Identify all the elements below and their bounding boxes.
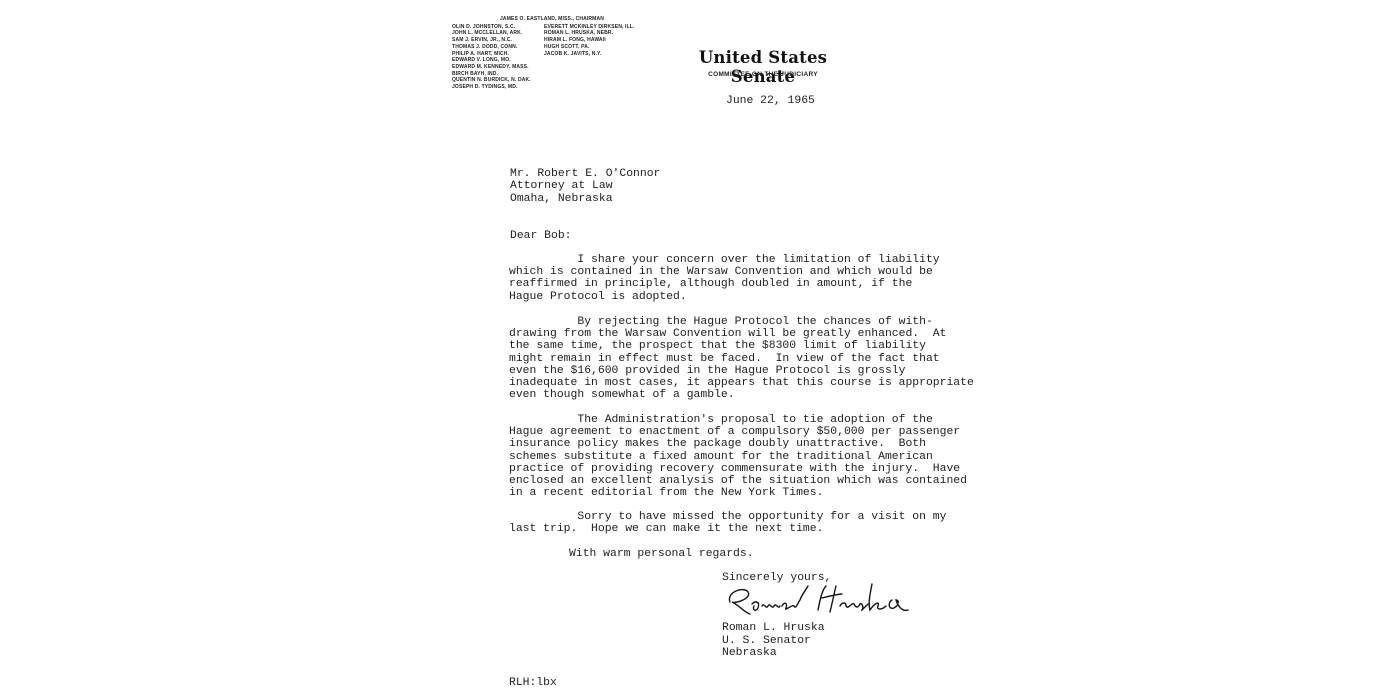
member: EDWARD V. LONG, MO. — [452, 57, 544, 64]
member: JACOB K. JAVITS, N.Y. — [544, 51, 652, 58]
recipient-address: Mr. Robert E. O'Connor Attorney at Law O… — [510, 168, 660, 205]
paragraph-1: I share your concern over the limitation… — [509, 254, 940, 303]
members-left-column: OLIN D. JOHNSTON, S.C. JOHN L. MCCLELLAN… — [452, 24, 544, 91]
paragraph-4: Sorry to have missed the opportunity for… — [509, 511, 946, 535]
member: BIRCH BAYH, IND. — [452, 71, 544, 78]
member: JOHN L. MCCLELLAN, ARK. — [452, 30, 544, 37]
paragraph-2: By rejecting the Hague Protocol the chan… — [509, 316, 974, 401]
member: THOMAS J. DODD, CONN. — [452, 44, 544, 51]
signer-block: Roman L. Hruska U. S. Senator Nebraska — [722, 622, 825, 660]
letter-page: JAMES O. EASTLAND, MISS., CHAIRMAN OLIN … — [0, 0, 1400, 700]
member: HUGH SCOTT, PA. — [544, 44, 652, 51]
member: HIRAM L. FONG, HAWAII — [544, 37, 652, 44]
paragraph-3: The Administration's proposal to tie ado… — [509, 414, 967, 499]
member: OLIN D. JOHNSTON, S.C. — [452, 24, 544, 31]
members-right-column: EVERETT MCKINLEY DIRKSEN, ILL. ROMAN L. … — [544, 24, 652, 91]
member: EVERETT MCKINLEY DIRKSEN, ILL. — [544, 24, 652, 31]
member: EDWARD M. KENNEDY, MASS. — [452, 64, 544, 71]
member: PHILIP A. HART, MICH. — [452, 51, 544, 58]
member: SAM J. ERVIN, JR., N.C. — [452, 37, 544, 44]
letter-date: June 22, 1965 — [726, 95, 815, 107]
handwritten-signature — [722, 580, 912, 620]
member: ROMAN L. HRUSKA, NEBR. — [544, 30, 652, 37]
typist-initials: RLH:lbx — [509, 677, 557, 689]
letterhead-committee: COMMITTEE ON THE JUDICIARY — [668, 71, 858, 78]
committee-chairman: JAMES O. EASTLAND, MISS., CHAIRMAN — [452, 16, 652, 23]
committee-members-list: JAMES O. EASTLAND, MISS., CHAIRMAN OLIN … — [452, 16, 652, 91]
letterhead-title: United States Senate — [668, 48, 858, 86]
regards-line: With warm personal regards. — [569, 548, 754, 560]
member: JOSEPH D. TYDINGS, MD. — [452, 84, 544, 91]
member: QUENTIN N. BURDICK, N. DAK. — [452, 77, 544, 84]
salutation: Dear Bob: — [510, 230, 572, 242]
